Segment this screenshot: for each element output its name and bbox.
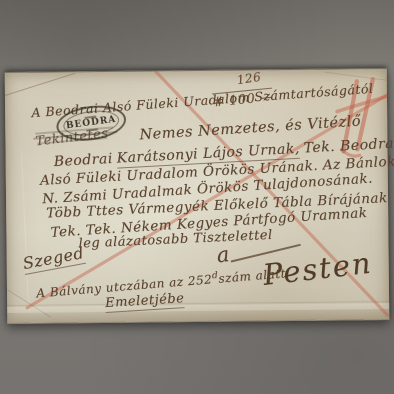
address-line-3-pre: Beodrai <box>53 151 113 170</box>
crease-left-edge <box>21 153 29 303</box>
address-line-3-post: Tek. Beodrai <box>303 135 394 156</box>
envelope: 126 # 100 — A Beodrai Alsó Füleki Uradal… <box>5 68 390 324</box>
crease-top-left <box>5 73 76 96</box>
photo-background: 126 # 100 — A Beodrai Alsó Füleki Uradal… <box>0 0 394 394</box>
folio-number: 126 <box>236 70 262 87</box>
article-a: a <box>215 242 231 267</box>
crease-top-right <box>325 72 387 81</box>
origin-city: Szeged <box>21 243 86 275</box>
red-rate-stroke-3 <box>337 96 387 112</box>
